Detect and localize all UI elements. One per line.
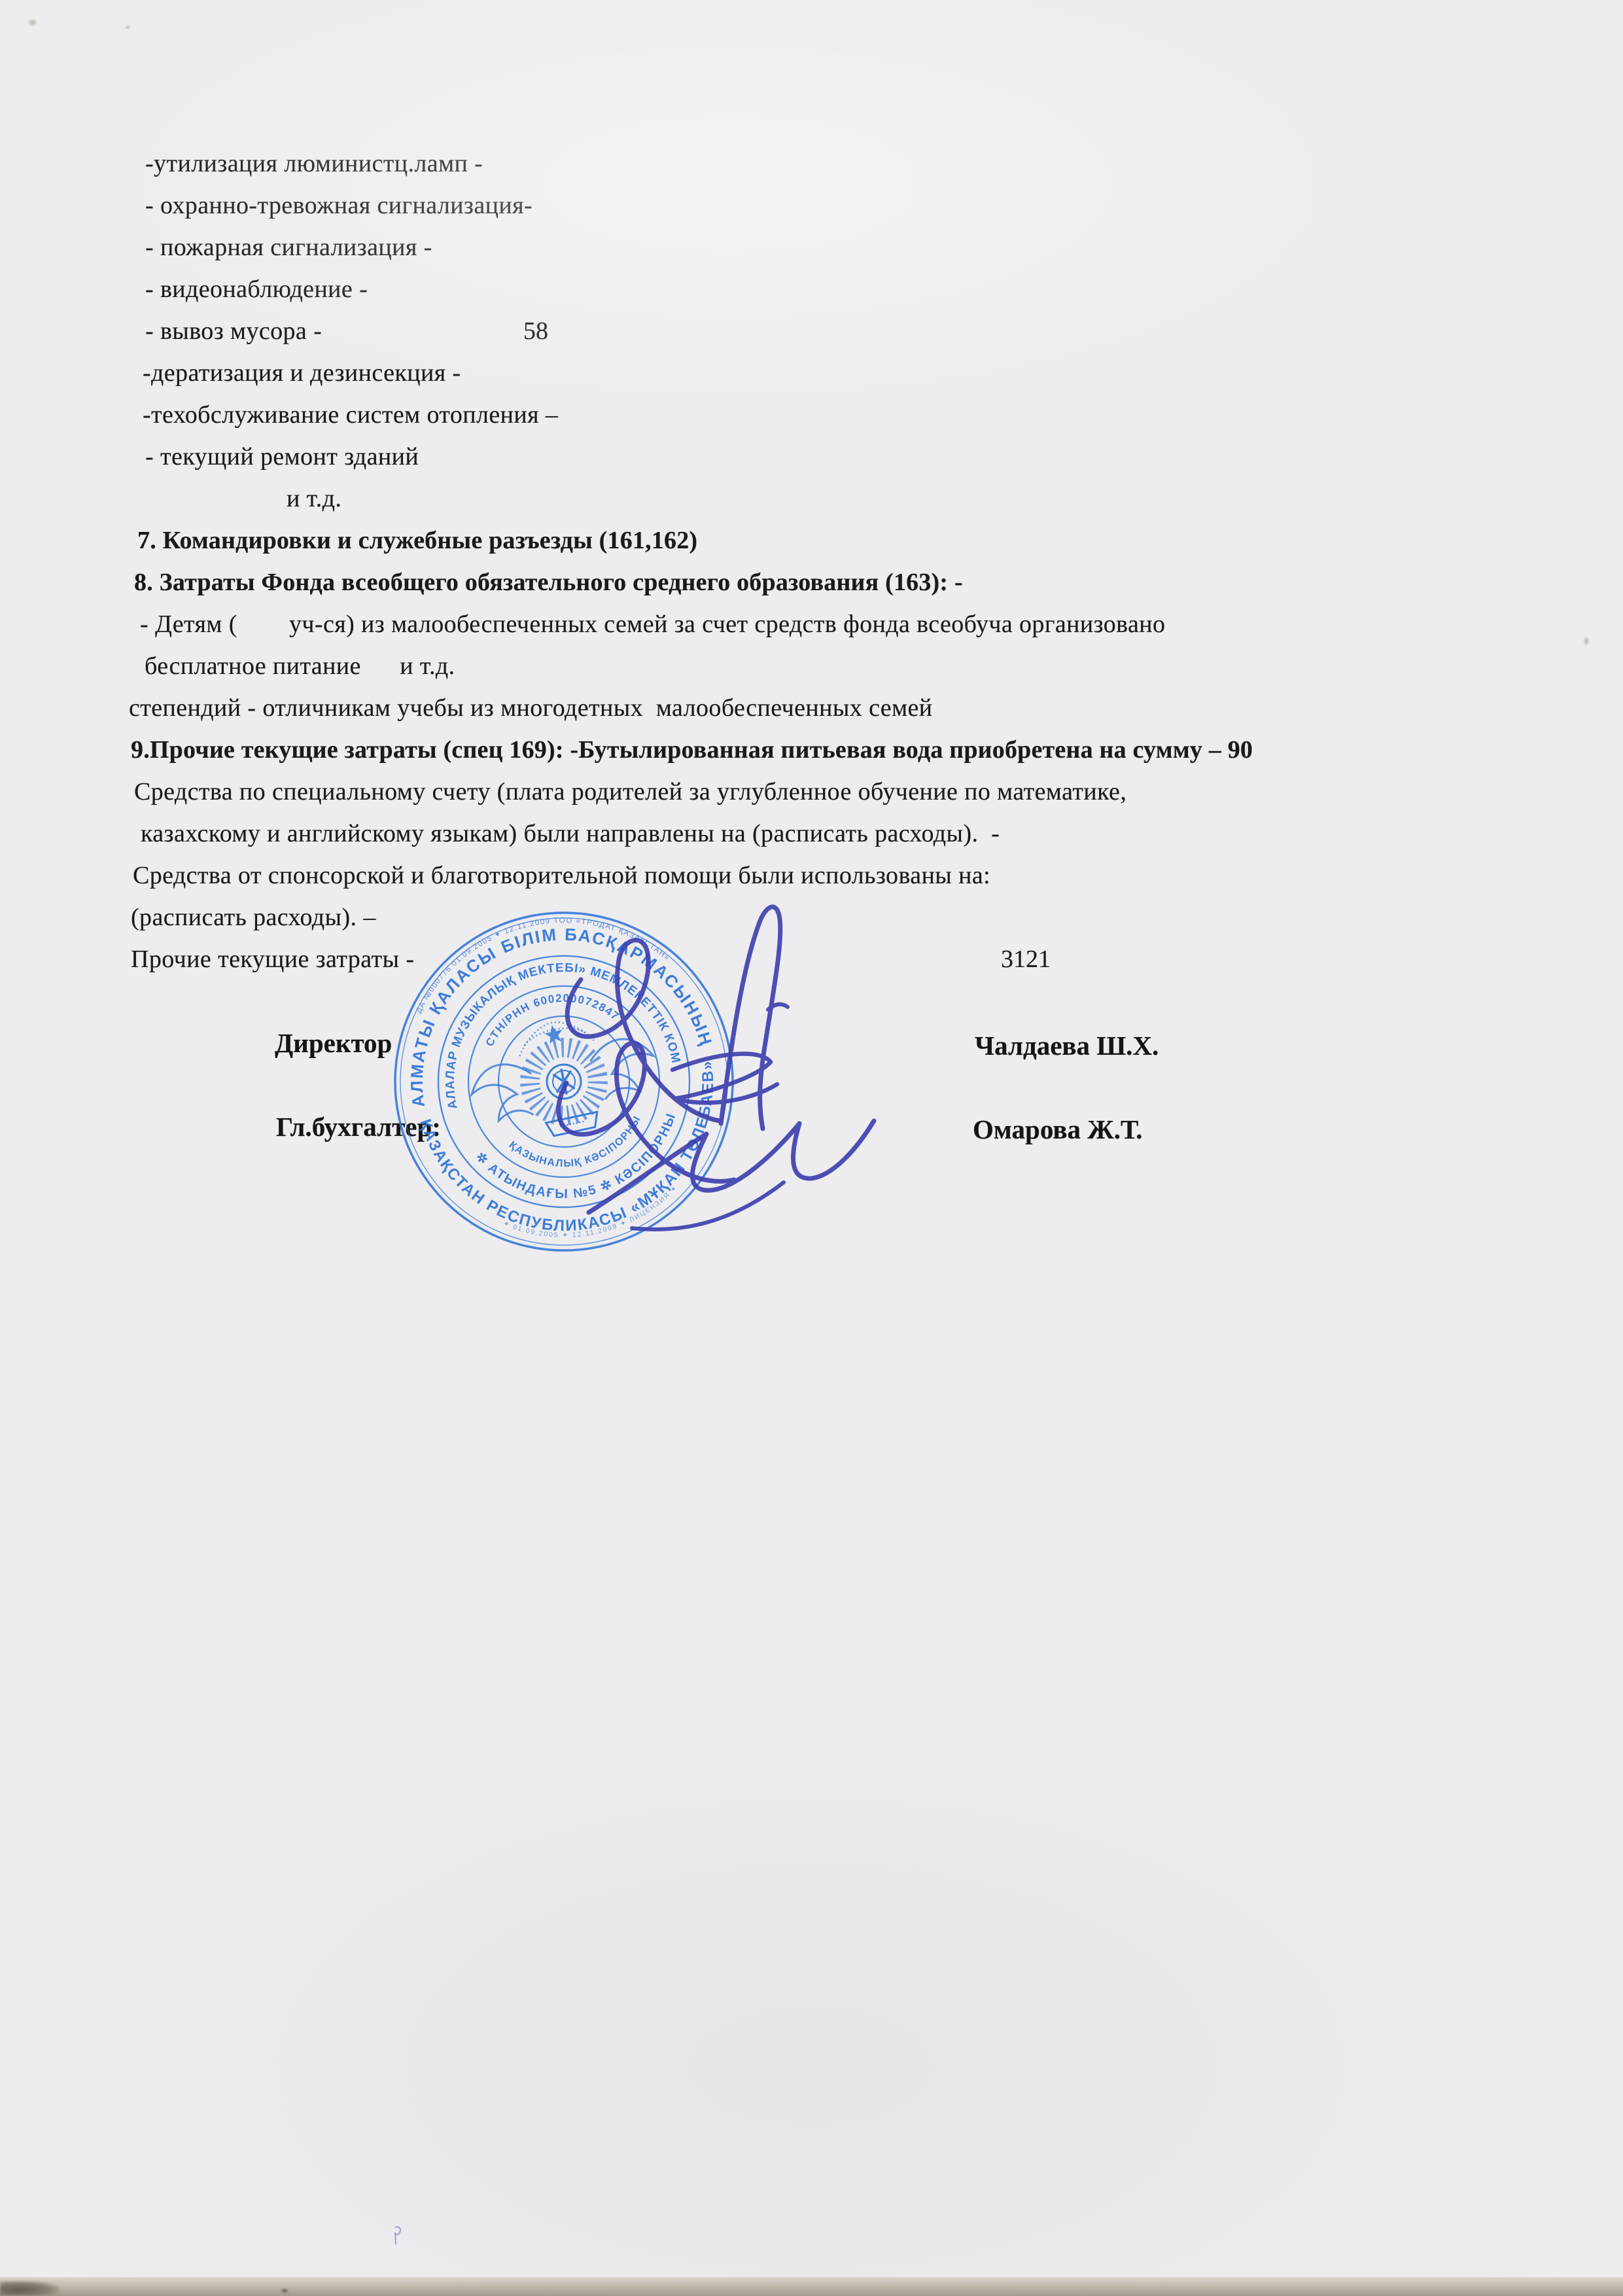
list-item: - текущий ремонт зданий [145,442,419,471]
section-heading: 8. Затраты Фонда всеобщего обязательного… [134,568,963,597]
amount-value: 3121 [1001,945,1051,974]
body-line: (расписать расходы). – [131,903,376,932]
scan-speck [280,2287,289,2294]
section-heading: 9.Прочие текущие затраты (спец 169): -Бу… [131,735,1253,764]
body-line: бесплатное питание и т.д. [145,652,455,680]
amount-value: 58 [523,317,548,345]
scan-speck [124,25,131,30]
list-item: -дератизация и дезинсекция - [143,359,461,387]
scan-corner-smudge [0,2281,59,2296]
list-item: -техобслуживание систем отопления – [143,400,558,429]
body-line: казахскому и английскому языкам) были на… [141,819,1000,848]
scanned-document-page: -утилизация люминистц.ламп - - охранно-т… [0,0,1623,2296]
list-item: - пожарная сигнализация - [145,233,432,262]
list-item: - вывоз мусора - [145,317,322,345]
handwritten-signatures [504,880,883,1246]
stray-pen-mark [390,2225,410,2247]
signer-name-accountant: Омарова Ж.Т. [973,1114,1143,1145]
body-line: - Детям ( уч-ся) из малообеспеченных сем… [140,610,1165,639]
section-heading: 7. Командировки и служебные разъезды (16… [137,526,697,555]
list-item: - охранно-тревожная сигнализация- [145,191,532,220]
scan-bottom-edge [0,2277,1623,2296]
list-item: - видеонаблюдение - [145,275,368,304]
list-item: -утилизация люминистц.ламп - [145,149,483,178]
signer-name-director: Чалдаева Ш.Х. [975,1030,1159,1061]
signature-ink-graphic [504,880,883,1246]
scan-speck [27,18,38,27]
body-line: Средства по специальному счету (плата ро… [134,777,1126,806]
scan-speck [1583,636,1590,646]
body-line: степендий - отличникам учебы из многодет… [129,694,933,722]
list-item: и т.д. [287,484,341,513]
